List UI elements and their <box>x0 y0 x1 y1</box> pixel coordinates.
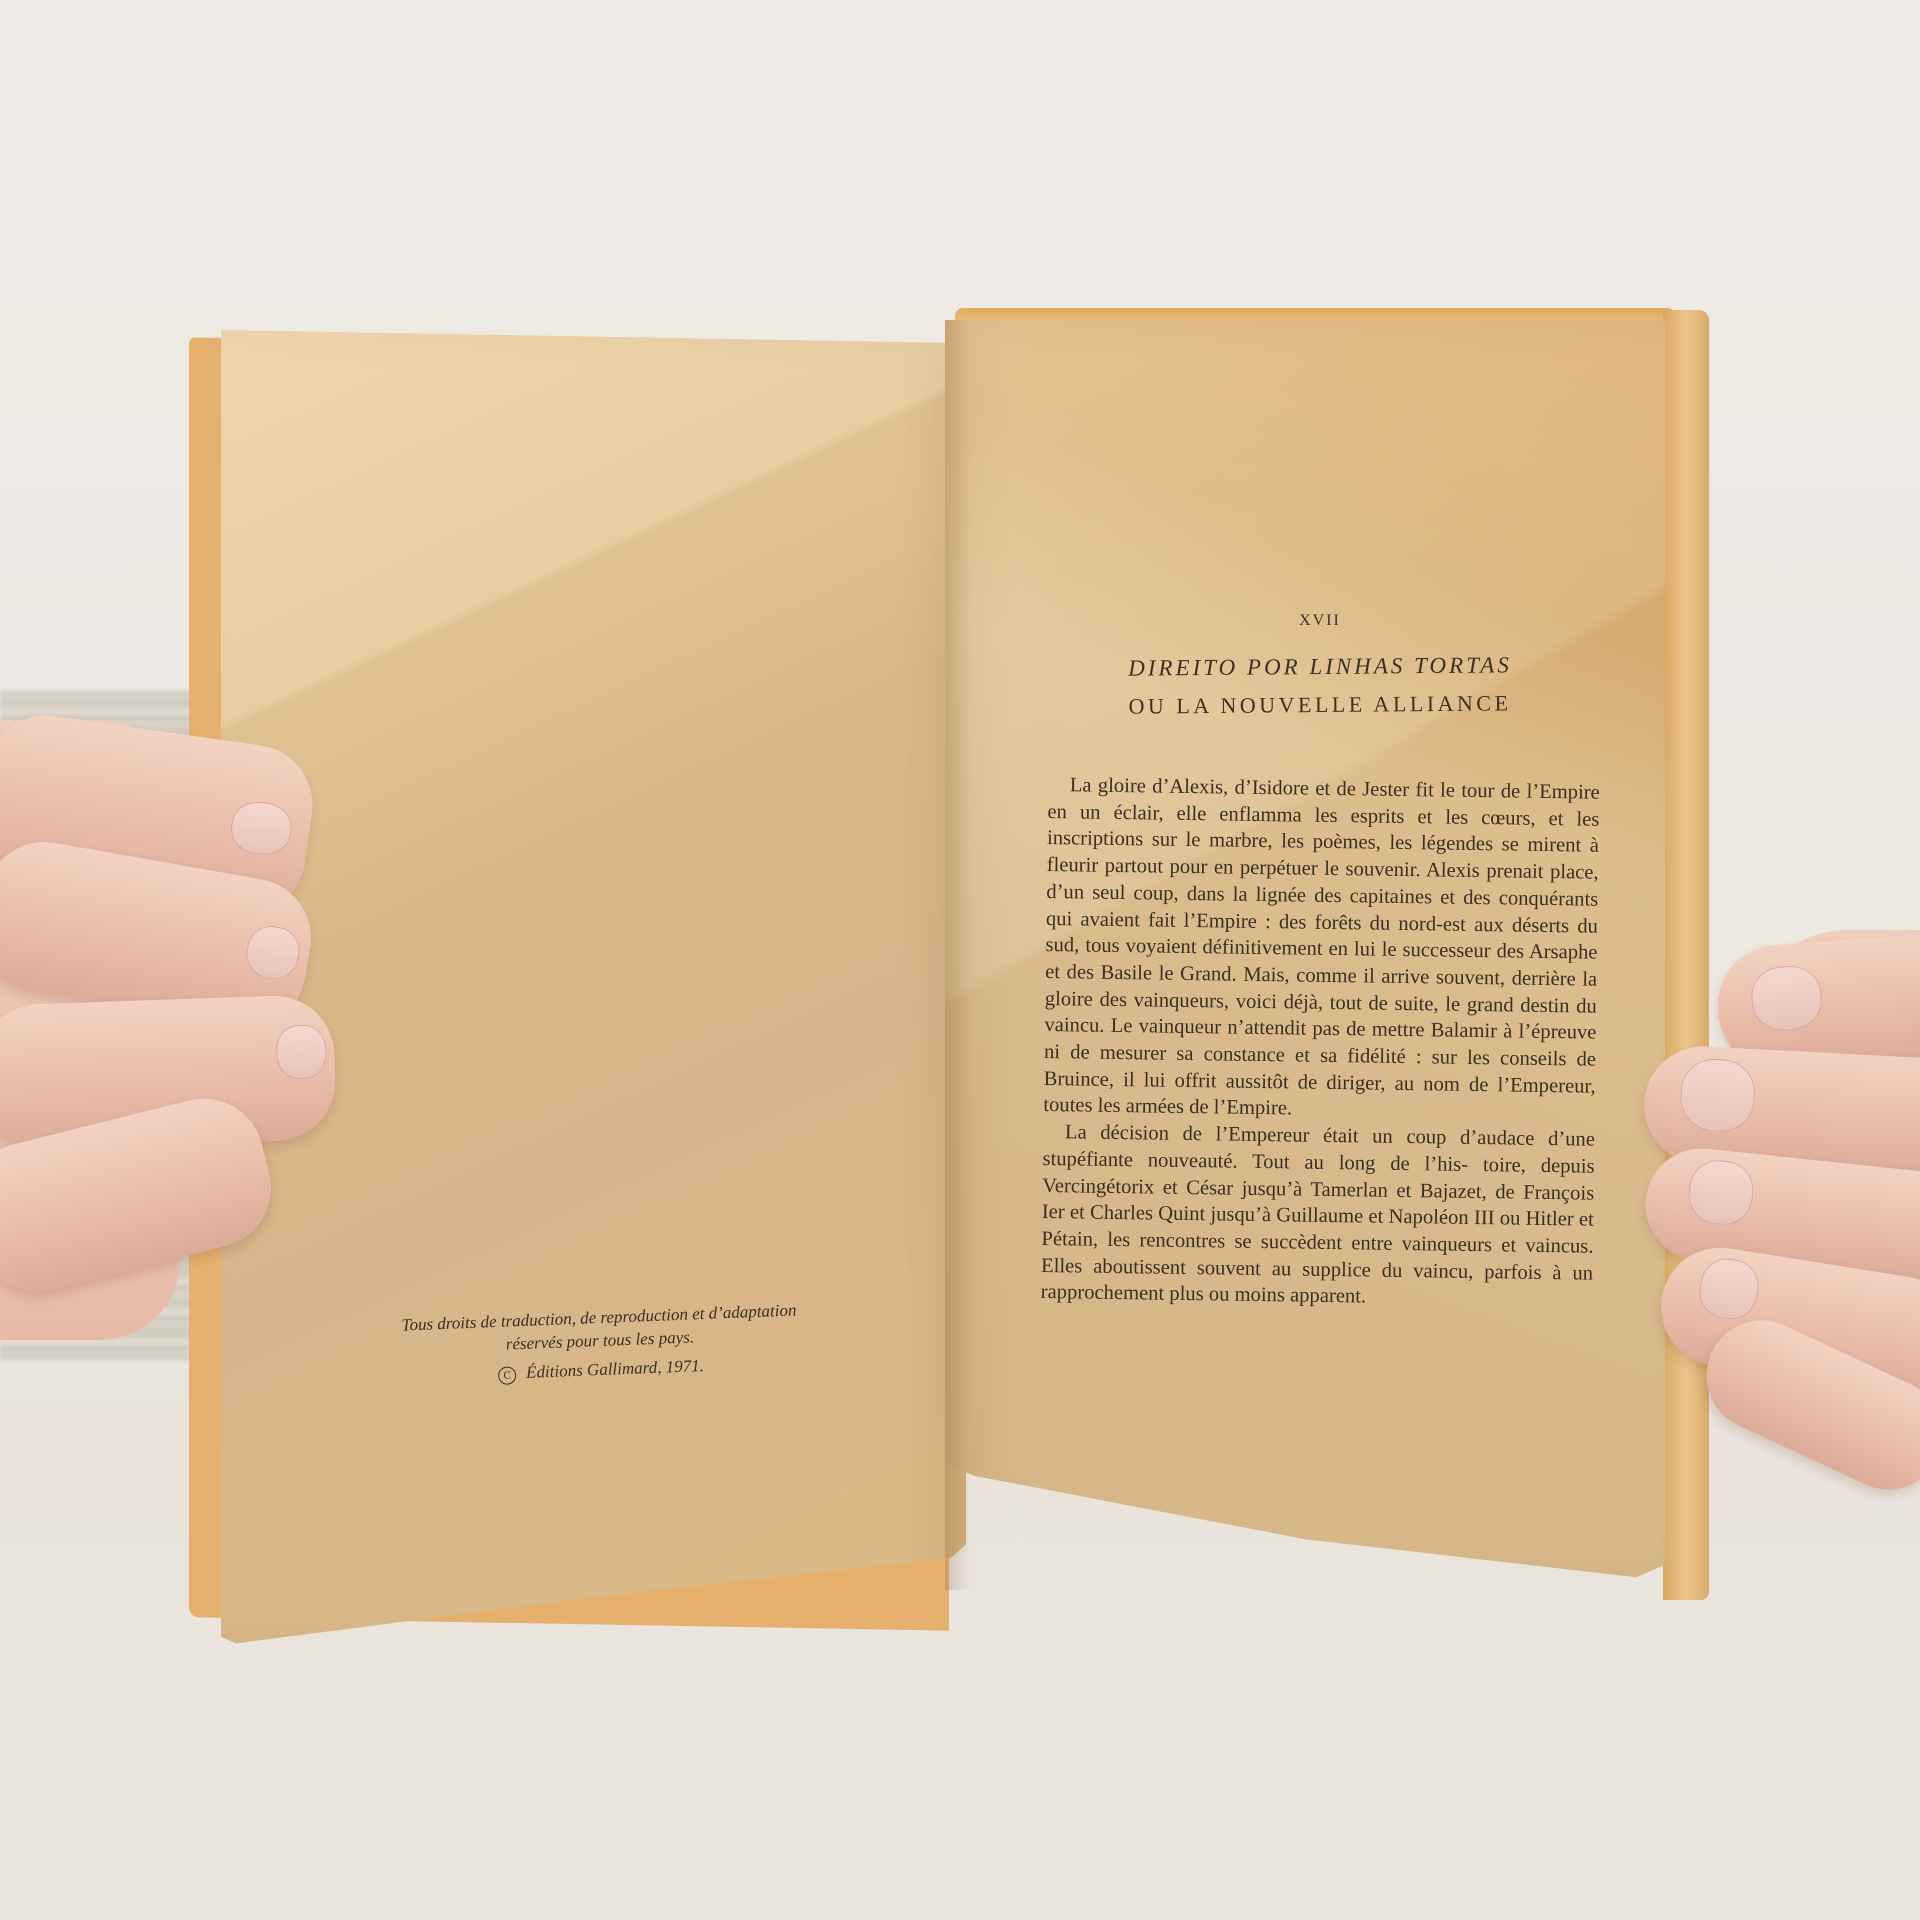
publisher-text: Éditions Gallimard, 1971. <box>526 1356 704 1382</box>
text-line: La gloire d’Alexis, d’Isidore et de Jest… <box>1070 774 1521 802</box>
fingernail <box>1679 1057 1757 1133</box>
paragraph-1: La gloire d’Alexis, d’Isidore et de Jest… <box>1043 772 1600 1127</box>
fingernail <box>275 1024 327 1080</box>
fingernail <box>1749 964 1823 1033</box>
fingernail <box>243 922 303 982</box>
copyright-symbol-icon: C <box>498 1366 517 1385</box>
chapter-body-text: La gloire d’Alexis, d’Isidore et de Jest… <box>1041 772 1600 1314</box>
chapter-number: XVII <box>1220 612 1420 630</box>
text-line: Elles aboutissent souvent au supplice du… <box>1041 1255 1474 1283</box>
text-line: sud, tous voyaient définitivement en lui… <box>1045 934 1490 962</box>
paragraph-2: La décision de l’Empereur était un coup … <box>1041 1119 1596 1314</box>
text-line: vainqueur n’attendit pas de mettre Balam… <box>1139 1016 1597 1044</box>
book-gutter <box>945 320 969 1590</box>
fingernail <box>1696 1255 1763 1323</box>
page-block-fore-edge <box>1663 310 1709 1600</box>
text-line: rencontres se succèdent entre vainqueurs… <box>1139 1229 1593 1257</box>
light-glare <box>221 330 966 858</box>
text-line: La décision de l’Empereur était un coup … <box>1065 1121 1535 1150</box>
left-page[interactable] <box>221 330 966 1650</box>
photo-scene: Tous droits de traduction, de reproducti… <box>0 0 1920 1920</box>
text-line: fait l’Empire : des forêts du nord-est a… <box>1148 909 1598 937</box>
text-line: ni de mesurer sa constance et sa fidélit… <box>1044 1041 1490 1069</box>
chapter-title-line-1: DIREITO POR LINHAS TORTAS <box>1040 652 1600 683</box>
fingernail <box>228 798 295 858</box>
chapter-title-line-2: OU LA NOUVELLE ALLIANCE <box>1040 690 1600 721</box>
fingernail <box>1686 1157 1756 1227</box>
